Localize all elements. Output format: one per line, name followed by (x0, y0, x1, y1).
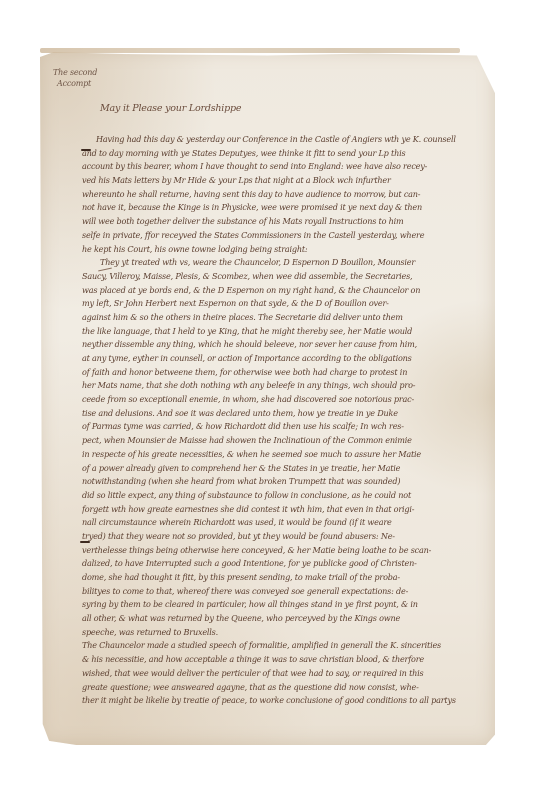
docket-line-1: The second (53, 67, 97, 78)
text-line: ved his Mats letters by Mr Hide & your L… (82, 174, 482, 188)
text-line: Having had this day & yesterday our Conf… (82, 133, 482, 147)
text-line: selfe in private, ffor receyved the Stat… (82, 229, 482, 243)
letter-body: Having had this day & yesterday our Conf… (82, 133, 482, 708)
text-line: was placed at ye bords end, & the D Espe… (82, 284, 482, 298)
text-line: my left, Sr John Herbert next Espernon o… (82, 297, 482, 311)
text-line: all other, & what was returned by the Qu… (82, 612, 482, 626)
text-line: did so little expect, any thing of subst… (82, 489, 482, 503)
text-line: neyther dissemble any thing, which he sh… (82, 338, 482, 352)
text-line: will wee both together deliver the subst… (82, 215, 482, 229)
text-line: at any tyme, eyther in counsell, or acti… (82, 352, 482, 366)
text-line: he kept his Court, his owne towne lodgin… (82, 243, 482, 257)
text-line: The Chauncelor made a studied speech of … (82, 639, 482, 653)
text-line: & his necessitie, and how acceptable a t… (82, 653, 482, 667)
text-line: the like language, that I held to ye Kin… (82, 325, 482, 339)
text-line: of a power already given to comprehend h… (82, 462, 482, 476)
text-line: tryed) that they weare not so provided, … (82, 530, 482, 544)
text-line: of faith and honor betweene them, for ot… (82, 366, 482, 380)
text-line: her Mats name, that she doth nothing wth… (82, 379, 482, 393)
text-line: bilityes to come to that, whereof there … (82, 585, 482, 599)
text-line: They yt treated wth vs, weare the Chaunc… (82, 256, 482, 270)
text-line: notwithstanding (when she heard from wha… (82, 475, 482, 489)
text-line: greate questione; wee answeared agayne, … (82, 681, 482, 695)
docket-line-2: Accompt (53, 78, 97, 89)
text-line: not have it, because the Kinge is in Phy… (82, 201, 482, 215)
text-line: syring by them to be cleared in particul… (82, 598, 482, 612)
text-line: dalized, to have Interrupted such a good… (82, 557, 482, 571)
docket-note: The second Accompt (53, 67, 97, 89)
torn-top-edge (40, 48, 460, 53)
text-line: in respecte of his greate necessities, &… (82, 448, 482, 462)
text-line: Saucy, Villeroy, Maisse, Plesis, & Scomb… (82, 270, 482, 284)
text-line: of Parmas tyme was carried, & how Richar… (82, 420, 482, 434)
text-line: whereunto he shall returne, having sent … (82, 188, 482, 202)
text-line: account by this bearer, whom I have thou… (82, 160, 482, 174)
text-line: verthelesse things being otherwise here … (82, 544, 482, 558)
text-line: nall circumstaunce wherein Richardott wa… (82, 516, 482, 530)
text-line: against him & so the others in theire pl… (82, 311, 482, 325)
text-line: dome, she had thought it fitt, by this p… (82, 571, 482, 585)
photo-stage: The second Accompt May it Please your Lo… (0, 0, 546, 800)
salutation: May it Please your Lordshippe (100, 103, 241, 114)
text-line: forgett wth how greate earnestnes she di… (82, 503, 482, 517)
text-line: wished, that wee would deliver the perti… (82, 667, 482, 681)
text-line: pect, when Mounsier de Maisse had showen… (82, 434, 482, 448)
text-line: and to day morning with ye States Deputy… (82, 147, 482, 161)
text-line: speeche, was returned to Bruxells. (82, 626, 482, 640)
text-line: ther it might be likelie by treatie of p… (82, 694, 482, 708)
text-line: ceede from so exceptionall enemie, in wh… (82, 393, 482, 407)
text-line: tise and delusions. And soe it was decla… (82, 407, 482, 421)
